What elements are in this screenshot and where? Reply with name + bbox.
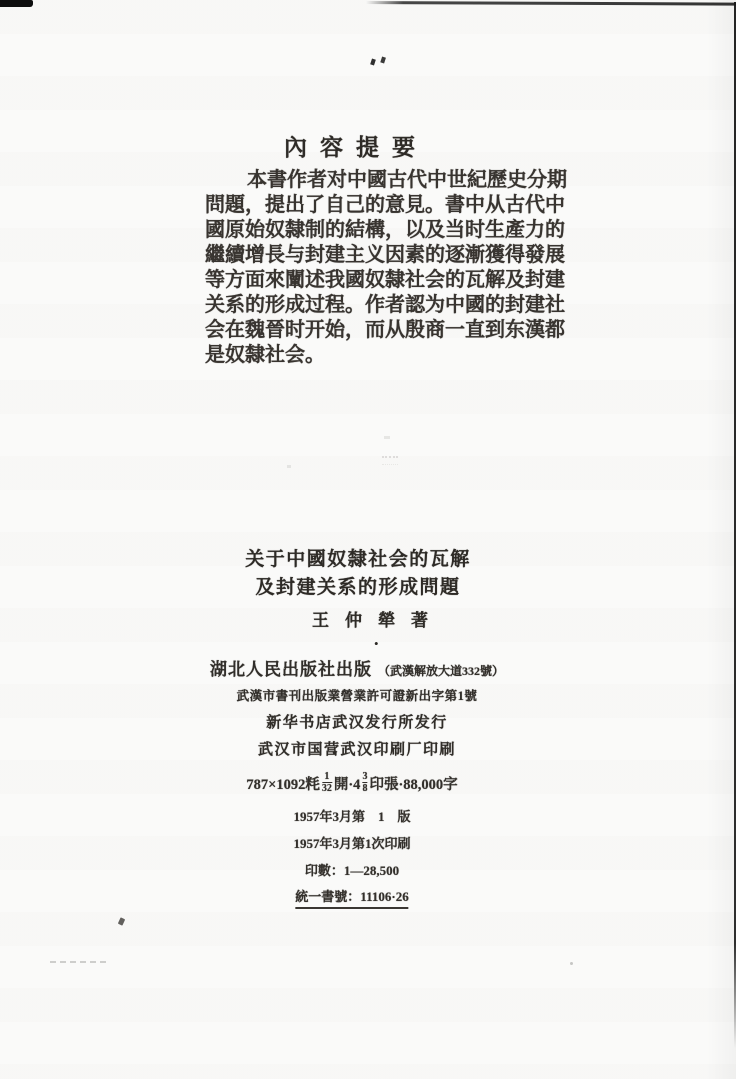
summary-line: 会在魏晉时开始，而从殷商一直到东漢都: [205, 318, 569, 343]
summary-line: 关系的形成过程。作者認为中國的封建社: [205, 293, 569, 318]
publisher-line: 湖北人民出版社出版（武漢解放大道332號）: [210, 655, 504, 680]
fraction-numerator: 3: [362, 772, 367, 783]
fraction-denominator: 8: [362, 782, 367, 795]
scan-artifact-corner-bar: [0, 0, 33, 7]
fraction-numerator: 1: [324, 772, 329, 783]
print-run-line: 印數：1—28,500: [305, 860, 399, 879]
book-title-line-2: 及封建关系的形成問題: [245, 574, 471, 602]
scan-artifact-ghost-mark: [287, 465, 291, 468]
author-name: 王仲犖著: [312, 606, 444, 631]
format-suffix: 印張·88,000字: [369, 773, 457, 794]
printer-line: 武汉市国营武汉印刷厂印刷: [258, 738, 456, 759]
fraction-denominator: 32: [322, 782, 332, 795]
imprint-block: 湖北人民出版社出版（武漢解放大道332號） 武漢市書刊出版業營業許可證新出字第1…: [210, 655, 504, 759]
unified-book-number: 統一書號：11106·26: [295, 886, 408, 909]
publisher-address: （武漢解放大道332號）: [378, 664, 504, 678]
printing-line: 1957年3月第1次印刷: [293, 833, 410, 852]
fraction-1-32: 1 32: [322, 772, 332, 795]
edition-line: 1957年3月第 1 版: [293, 806, 410, 825]
format-spec-line: 787×1092粍 1 32 開·4 3 8 印張·88,000字: [246, 770, 457, 796]
publishing-license: 武漢市書刊出版業營業許可證新出字第1號: [237, 686, 478, 704]
summary-line: 問題，提出了自己的意見。書中从古代中: [205, 193, 569, 218]
publisher-name: 湖北人民出版社出版: [210, 660, 372, 679]
separator-dot: •: [332, 746, 337, 759]
summary-heading: 內容提要: [284, 129, 428, 162]
summary-line: 本書作者对中國古代中世紀歷史分期: [205, 168, 569, 193]
summary-line: 是奴隸社会。: [205, 343, 569, 368]
scan-artifact-bleedthrough-dot: [570, 962, 573, 965]
scan-artifact-ink-speck: [118, 917, 125, 925]
format-size: 787×1092粍: [246, 773, 320, 794]
scan-artifact-bleedthrough-line: [50, 961, 106, 963]
scan-artifact-ink-speck: [370, 59, 376, 66]
fraction-3-8: 3 8: [362, 772, 367, 795]
scan-artifact-ghost-mark: [382, 456, 398, 465]
book-title: 关于中國奴隸社会的瓦解 及封建关系的形成問題: [245, 546, 471, 602]
scanned-book-colophon-page: 內容提要 本書作者对中國古代中世紀歷史分期 問題，提出了自己的意見。書中从古代中…: [0, 0, 736, 1079]
colophon-block: 787×1092粍 1 32 開·4 3 8 印張·88,000字 1957年3…: [246, 770, 457, 909]
separator-dot: •: [374, 637, 379, 650]
scan-artifact-top-edge-line: [366, 1, 736, 6]
summary-line: 繼續增長与封建主义因素的逐漸獲得發展: [205, 243, 569, 268]
summary-line: 等方面來闡述我國奴隸社会的瓦解及封建: [205, 268, 569, 293]
summary-paragraph: 本書作者对中國古代中世紀歷史分期 問題，提出了自己的意見。書中从古代中 國原始奴…: [205, 168, 569, 368]
format-mid: 開·4: [334, 773, 361, 794]
book-title-line-1: 关于中國奴隸社会的瓦解: [245, 546, 471, 574]
summary-line: 國原始奴隸制的結構，以及当时生產力的: [205, 218, 569, 243]
distributor-line: 新华书店武汉发行所发行: [266, 711, 448, 732]
scan-artifact-ghost-mark: [384, 436, 390, 439]
